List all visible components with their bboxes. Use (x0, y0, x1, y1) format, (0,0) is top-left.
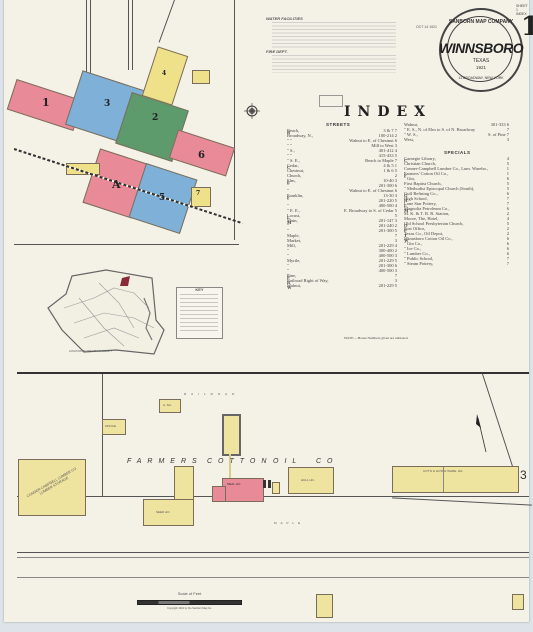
company-label-co: CO (316, 458, 339, 465)
streets-continued: Walnut,301-333 6" E. S., N. of Elm to S.… (404, 122, 509, 142)
scale-copyright: Copyright 1921 by the Sanborn Map Co. (137, 607, 242, 611)
company-label-farmers: FARMERS (127, 458, 203, 465)
seal-company: SANBORN MAP COMPANY (441, 19, 521, 25)
lumber-sub: LUMBER STORAGE (27, 469, 81, 502)
fire-dept-title: FIRE DEPT. (266, 50, 288, 54)
scale-bar: Scale of Feet Copyright 1921 by the Sanb… (137, 592, 242, 611)
sheet-number: 1 (521, 12, 533, 42)
water-facilities-text (272, 22, 396, 48)
seed-house[interactable]: SEED HO. (143, 499, 194, 526)
adjoining-sheet-number[interactable]: 3 (520, 468, 527, 482)
index-row[interactable]: Walnut,201-229 5 (287, 283, 397, 288)
tank-building[interactable] (222, 414, 241, 456)
small-building-2 (512, 594, 524, 610)
small-building-1 (316, 594, 333, 618)
legend-key-title: KEY (177, 288, 222, 292)
lumber-yard[interactable]: CONNER-CAMPBELL LUMBER CO. LUMBER STORAG… (18, 459, 86, 516)
scale-label: Scale of Feet (137, 592, 242, 596)
linter-warehouse[interactable]: COT'N & LINTER WARE. HO. (392, 466, 519, 493)
index-row[interactable]: " Steam Pottery,7 (404, 261, 509, 266)
building-ash[interactable]: A. SH. (159, 399, 181, 413)
hull-house[interactable]: HULL HO. (288, 467, 334, 494)
seal-city: WINNSBORO (439, 40, 523, 56)
fire-dept-text (272, 55, 396, 73)
street-bottom: MAPLE (274, 521, 304, 525)
seal-year: 1921 (441, 65, 521, 70)
specials-list: CCarnegie Library,4Christian Church,5Con… (404, 156, 509, 266)
building-office[interactable]: OFFICE (102, 419, 126, 435)
block-label-5: 5 (159, 193, 165, 203)
key-map: 1 3 2 4 6 A 5 7 (4, 0, 249, 265)
north-arrow-icon (472, 414, 488, 454)
block-label-1: 1 (42, 96, 50, 109)
lumber-label: CONNER-CAMPBELL LUMBER CO. (25, 466, 79, 499)
index-row-value: 201-229 5 (379, 283, 397, 288)
water-facilities-title: WATER FACILITIES (266, 17, 396, 21)
county-location-map[interactable]: LOCATION OF THE CITY IN COUNTY (44, 268, 172, 358)
sanborn-seal: SANBORN MAP COMPANY WINNSBORO TEXAS 1921… (439, 8, 523, 92)
stamp-date: OCT 14 1921 (416, 25, 437, 29)
index-row-name: " Steam Pottery, (404, 261, 433, 266)
boiler-icon (263, 480, 266, 488)
detail-map: RAILROAD MAPLE CONNER-CAMPBELL LUMBER CO… (4, 374, 529, 622)
block-label-2: 2 (152, 113, 158, 123)
index-row-name: West, (404, 137, 414, 142)
block-label-a: A (112, 178, 121, 191)
oil-mill[interactable]: MEAL HO. (222, 478, 264, 502)
block-small (66, 163, 100, 175)
block-4b (192, 70, 210, 84)
block-label-4: 4 (162, 70, 166, 77)
seal-state: TEXAS (441, 58, 521, 64)
legend-key[interactable]: KEY (176, 287, 223, 339)
seal-address: 11 BROADWAY, NEW YORK (441, 76, 521, 80)
specials-heading: SPECIALS (444, 150, 471, 155)
notes-block: WATER FACILITIES FIRE DEPT. (266, 17, 396, 21)
company-label-cotton: COTTON (207, 458, 272, 465)
block-7[interactable] (191, 187, 211, 207)
index-title: INDEX (344, 104, 432, 120)
block-label-7: 7 (196, 190, 200, 197)
compass-rose-icon (244, 103, 260, 119)
map-sheet: 1 3 2 4 6 A 5 7 WATER FACILITIES FIRE DE… (4, 0, 529, 622)
streets-list: BBeach,3 & 7 7Broadway, N.,100-214 2" "W… (287, 128, 397, 288)
railroad-spur (392, 497, 532, 505)
index-row-name: Walnut, (287, 283, 301, 288)
oil-mill-annex (212, 486, 226, 502)
company-label-oil: OIL (273, 458, 302, 465)
block-label-6: 6 (198, 150, 205, 161)
stamp-box (319, 95, 343, 107)
index-row-value: 3 (507, 137, 509, 142)
block-label-3: 3 (104, 99, 110, 109)
index-row[interactable]: West,3 (404, 137, 509, 142)
street-top: RAILROAD (184, 392, 239, 396)
index-row-value: 7 (507, 261, 509, 266)
streets-heading: STREETS (326, 122, 350, 127)
county-map-caption: LOCATION OF THE CITY IN COUNTY (69, 350, 112, 354)
index-note: NOTE.—House Numbers given are unbiased. (344, 336, 408, 341)
